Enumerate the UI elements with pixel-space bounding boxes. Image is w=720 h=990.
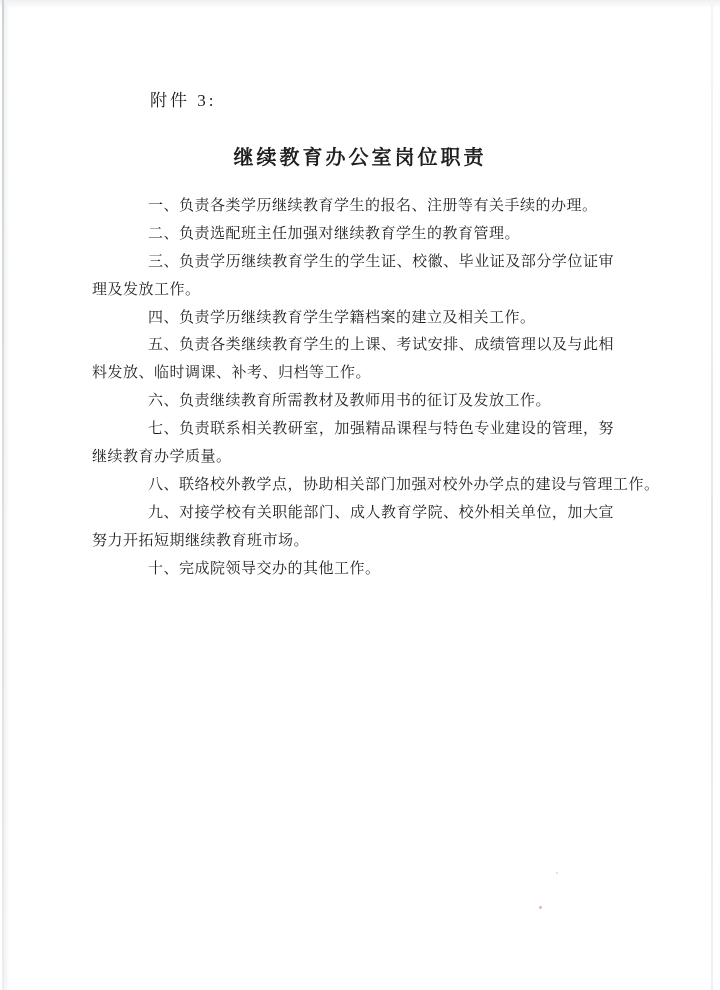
list-item-line: 三、负责学历继续教育学生的学生证、校徽、毕业证及部分学位证审签、办 <box>92 249 614 277</box>
scanned-document-page: 附件 3: 继续教育办公室岗位职责 一、负责各类学历继续教育学生的报名、注册等有… <box>0 0 720 990</box>
document-title: 继续教育办公室岗位职责 <box>0 141 720 170</box>
list-item-line: 六、负责继续教育所需教材及教师用书的征订及发放工作。 <box>92 388 614 416</box>
list-item: 八、联络校外教学点，协助相关部门加强对校外办学点的建设与管理工作。 <box>92 472 614 500</box>
list-item: 六、负责继续教育所需教材及教师用书的征订及发放工作。 <box>92 388 614 416</box>
list-item: 五、负责各类继续教育学生的上课、考试安排、成绩管理以及与此相关的资 料发放、临时… <box>92 332 614 388</box>
list-item-line: 十、完成院领导交办的其他工作。 <box>92 556 614 584</box>
list-item-line: 努力开拓短期继续教育班市场。 <box>92 528 614 556</box>
list-item-line: 四、负责学历继续教育学生学籍档案的建立及相关工作。 <box>92 305 614 333</box>
document-body: 一、负责各类学历继续教育学生的报名、注册等有关手续的办理。 二、负责选配班主任加… <box>92 193 614 583</box>
list-item-line: 二、负责选配班主任加强对继续教育学生的教育管理。 <box>92 221 614 249</box>
scan-edge-top <box>0 0 720 8</box>
list-item: 二、负责选配班主任加强对继续教育学生的教育管理。 <box>92 221 614 249</box>
scan-speckle <box>539 906 542 909</box>
list-item-line: 九、对接学校有关职能部门、成人教育学院、校外相关单位，加大宣传力度， <box>92 500 614 528</box>
list-item-line: 一、负责各类学历继续教育学生的报名、注册等有关手续的办理。 <box>92 193 614 221</box>
list-item-line: 继续教育办学质量。 <box>92 444 614 472</box>
list-item: 九、对接学校有关职能部门、成人教育学院、校外相关单位，加大宣传力度， 努力开拓短… <box>92 500 614 556</box>
list-item-line: 七、负责联系相关教研室，加强精品课程与特色专业建设的管理，努力提高 <box>92 416 614 444</box>
list-item-line: 五、负责各类继续教育学生的上课、考试安排、成绩管理以及与此相关的资 <box>92 332 614 360</box>
scan-speckle <box>556 872 558 874</box>
list-item: 一、负责各类学历继续教育学生的报名、注册等有关手续的办理。 <box>92 193 614 221</box>
list-item: 十、完成院领导交办的其他工作。 <box>92 556 614 584</box>
list-item: 七、负责联系相关教研室，加强精品课程与特色专业建设的管理，努力提高 继续教育办学… <box>92 416 614 472</box>
list-item-line: 八、联络校外教学点，协助相关部门加强对校外办学点的建设与管理工作。 <box>92 472 614 500</box>
attachment-label: 附件 3: <box>150 86 216 111</box>
list-item-line: 料发放、临时调课、补考、归档等工作。 <box>92 360 614 388</box>
list-item: 四、负责学历继续教育学生学籍档案的建立及相关工作。 <box>92 305 614 333</box>
list-item: 三、负责学历继续教育学生的学生证、校徽、毕业证及部分学位证审签、办 理及发放工作… <box>92 249 614 305</box>
list-item-line: 理及发放工作。 <box>92 277 614 305</box>
